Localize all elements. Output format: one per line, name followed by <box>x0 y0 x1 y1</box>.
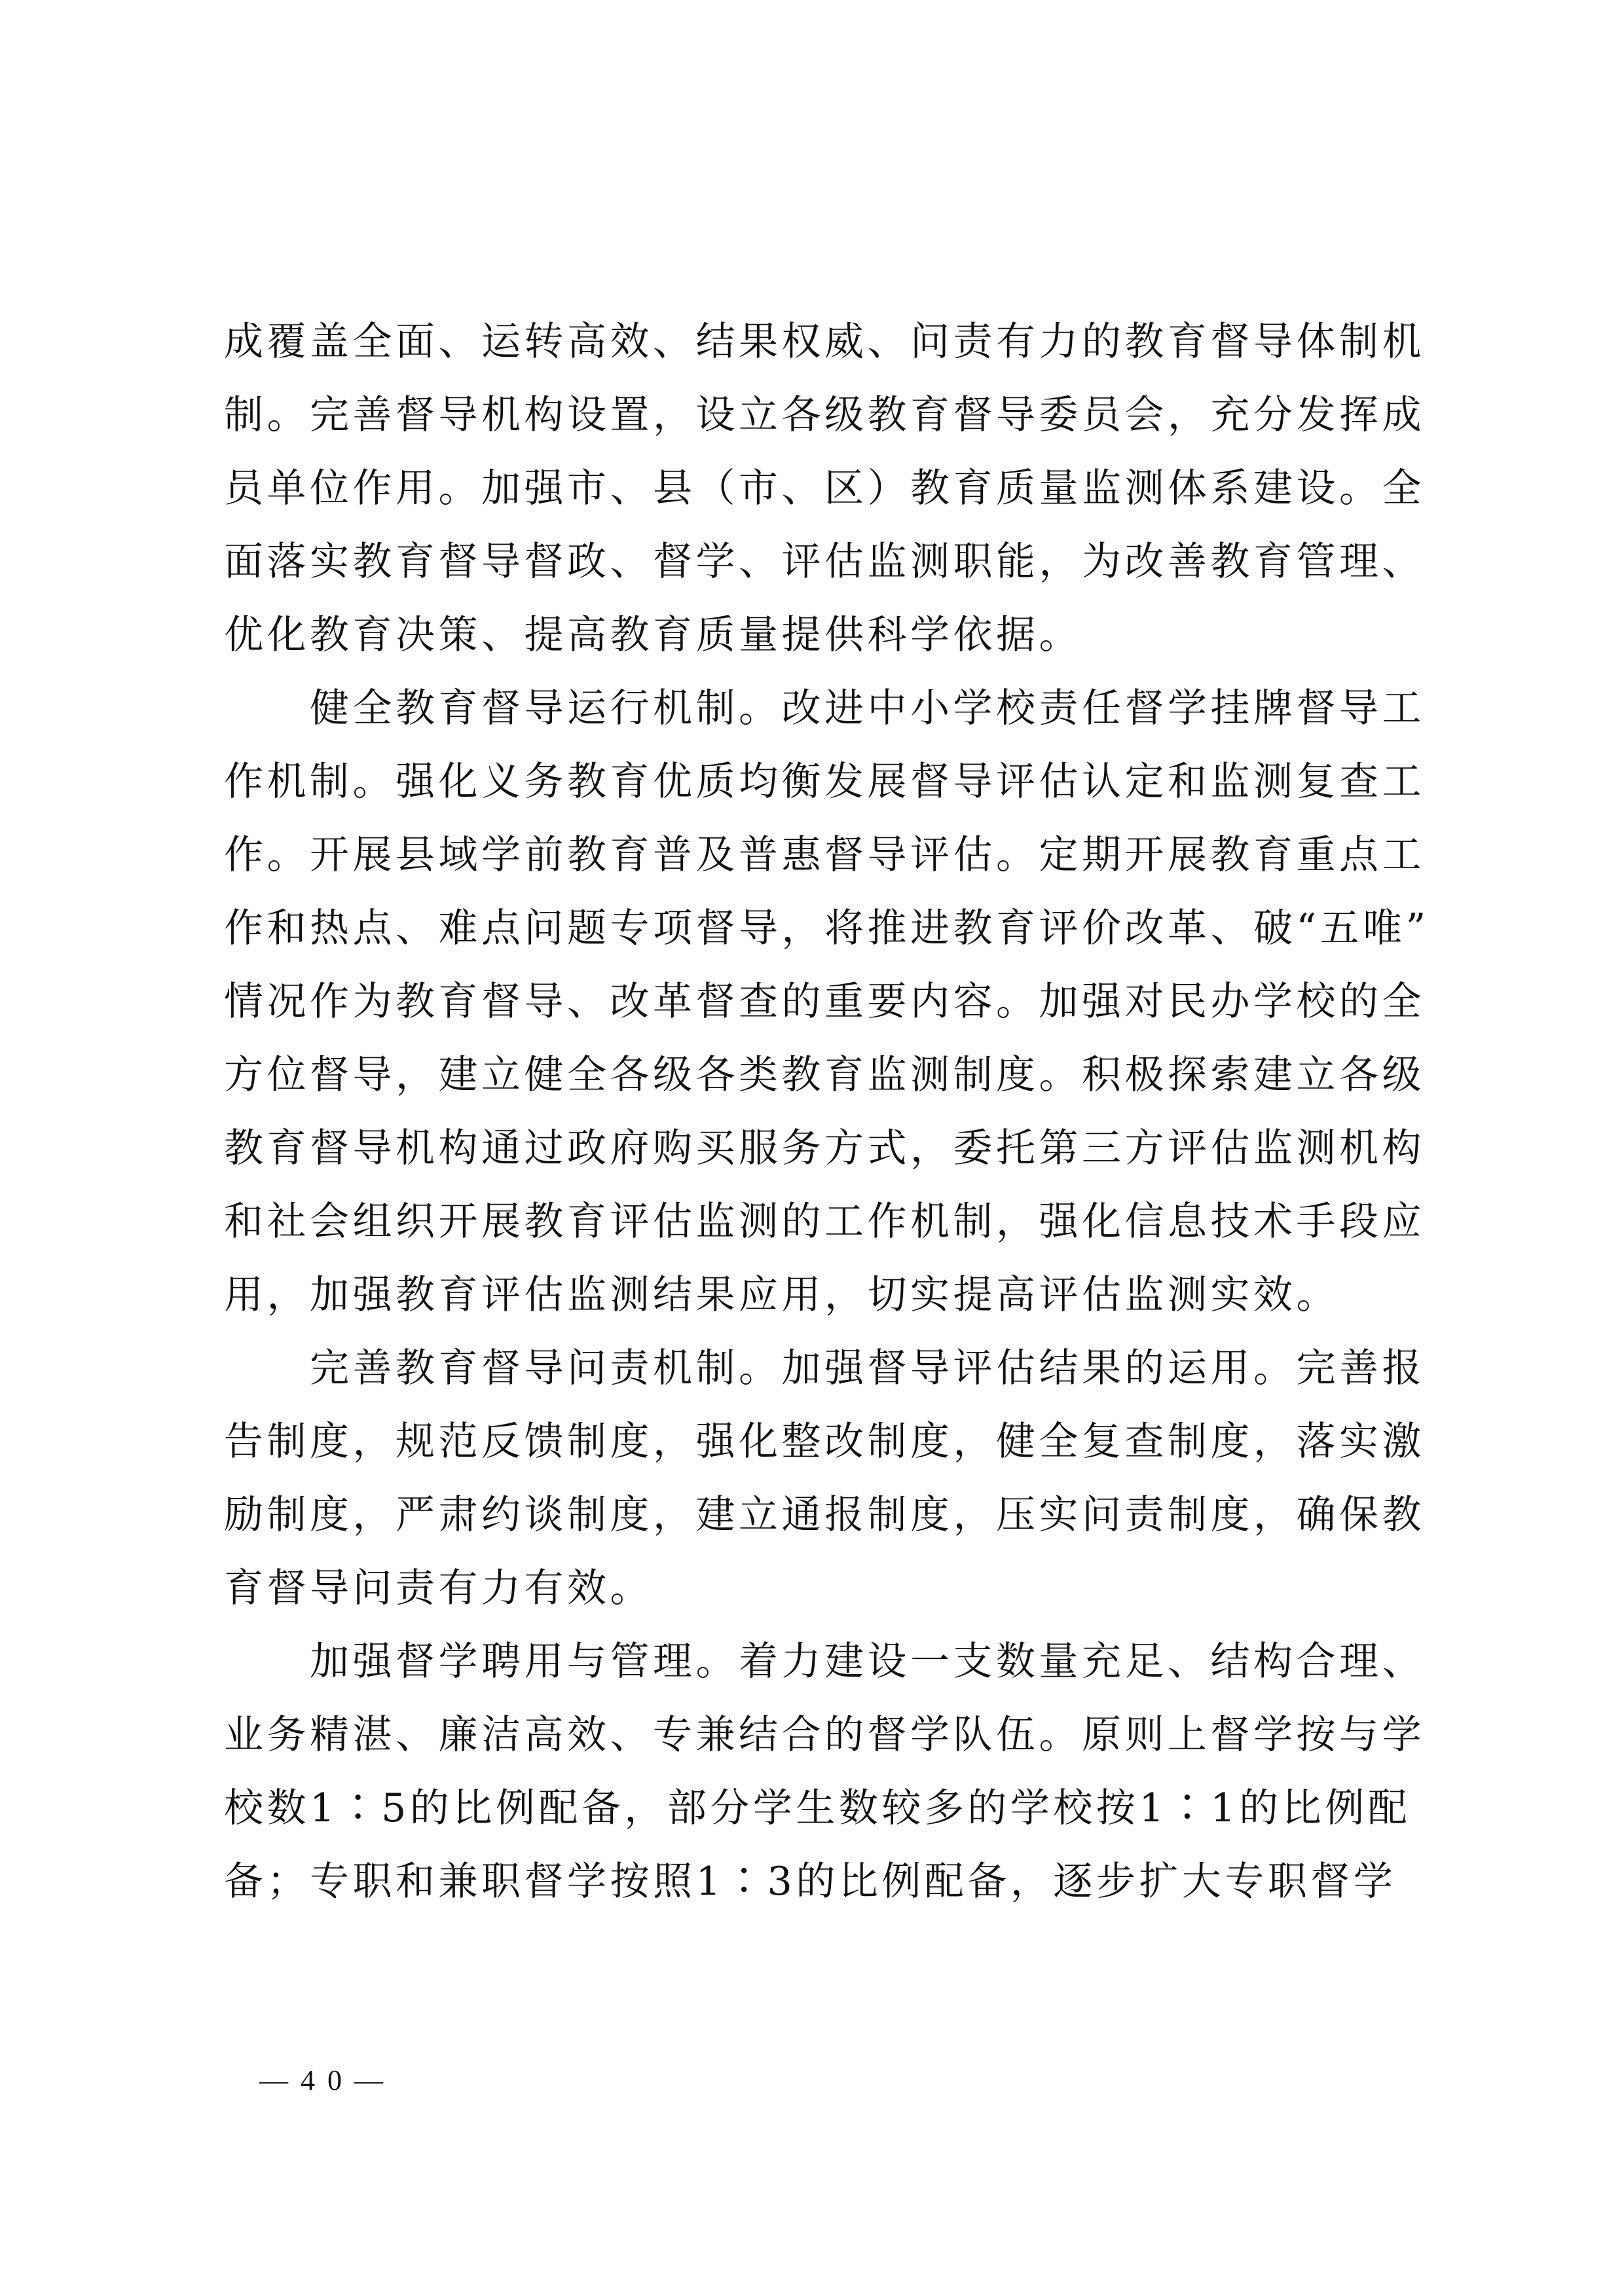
text-line: 告制度，规范反馈制度，强化整改制度，健全复查制度，落实激 <box>224 1405 1429 1478</box>
text-line: 作。开展县域学前教育普及普惠督导评估。定期开展教育重点工 <box>224 818 1429 892</box>
text-line: 加强督学聘用与管理。着力建设一支数量充足、结构合理、 <box>224 1625 1429 1698</box>
paragraph-supervision-system: 成覆盖全面、运转高效、结果权威、问责有力的教育督导体制机 制。完善督导机构设置，… <box>224 305 1429 672</box>
text-line: 业务精湛、廉洁高效、专兼结合的督学队伍。原则上督学按与学 <box>224 1698 1429 1772</box>
text-line: 优化教育决策、提高教育质量提供科学依据。 <box>224 598 1429 672</box>
text-line: 励制度，严肃约谈制度，建立通报制度，压实问责制度，确保教 <box>224 1478 1429 1552</box>
text-line: 用，加强教育评估监测结果应用，切实提高评估监测实效。 <box>224 1258 1429 1332</box>
paragraph-inspector-management: 加强督学聘用与管理。着力建设一支数量充足、结构合理、 业务精湛、廉洁高效、专兼结… <box>224 1625 1429 1918</box>
text-line: 制。完善督导机构设置，设立各级教育督导委员会，充分发挥成 <box>224 378 1429 452</box>
body-text: 成覆盖全面、运转高效、结果权威、问责有力的教育督导体制机 制。完善督导机构设置，… <box>224 305 1429 1918</box>
text-line: 作和热点、难点问题专项督导，将推进教育评价改革、破“五唯” <box>224 892 1429 965</box>
text-line: 作机制。强化义务教育优质均衡发展督导评估认定和监测复查工 <box>224 745 1429 818</box>
document-page: 成覆盖全面、运转高效、结果权威、问责有力的教育督导体制机 制。完善督导机构设置，… <box>0 0 1624 2296</box>
text-line: 情况作为教育督导、改革督查的重要内容。加强对民办学校的全 <box>224 965 1429 1038</box>
text-line: 校数1∶5的比例配备，部分学生数较多的学校按1∶1的比例配 <box>224 1772 1429 1845</box>
text-line: 面落实教育督导督政、督学、评估监测职能，为改善教育管理、 <box>224 525 1429 598</box>
text-line: 成覆盖全面、运转高效、结果权威、问责有力的教育督导体制机 <box>224 305 1429 378</box>
paragraph-accountability-mechanism: 完善教育督导问责机制。加强督导评估结果的运用。完善报 告制度，规范反馈制度，强化… <box>224 1332 1429 1625</box>
paragraph-operation-mechanism: 健全教育督导运行机制。改进中小学校责任督学挂牌督导工 作机制。强化义务教育优质均… <box>224 672 1429 1332</box>
text-line: 员单位作用。加强市、县（市、区）教育质量监测体系建设。全 <box>224 452 1429 525</box>
text-line: 备；专职和兼职督学按照1∶3的比例配备，逐步扩大专职督学 <box>224 1845 1429 1918</box>
text-line: 和社会组织开展教育评估监测的工作机制，强化信息技术手段应 <box>224 1185 1429 1258</box>
text-line: 育督导问责有力有效。 <box>224 1552 1429 1625</box>
text-line: 教育督导机构通过政府购买服务方式，委托第三方评估监测机构 <box>224 1112 1429 1185</box>
text-line: 健全教育督导运行机制。改进中小学校责任督学挂牌督导工 <box>224 672 1429 745</box>
text-line: 方位督导，建立健全各级各类教育监测制度。积极探索建立各级 <box>224 1038 1429 1112</box>
page-number: — 4 0 — <box>259 2060 386 2102</box>
text-line: 完善教育督导问责机制。加强督导评估结果的运用。完善报 <box>224 1332 1429 1405</box>
